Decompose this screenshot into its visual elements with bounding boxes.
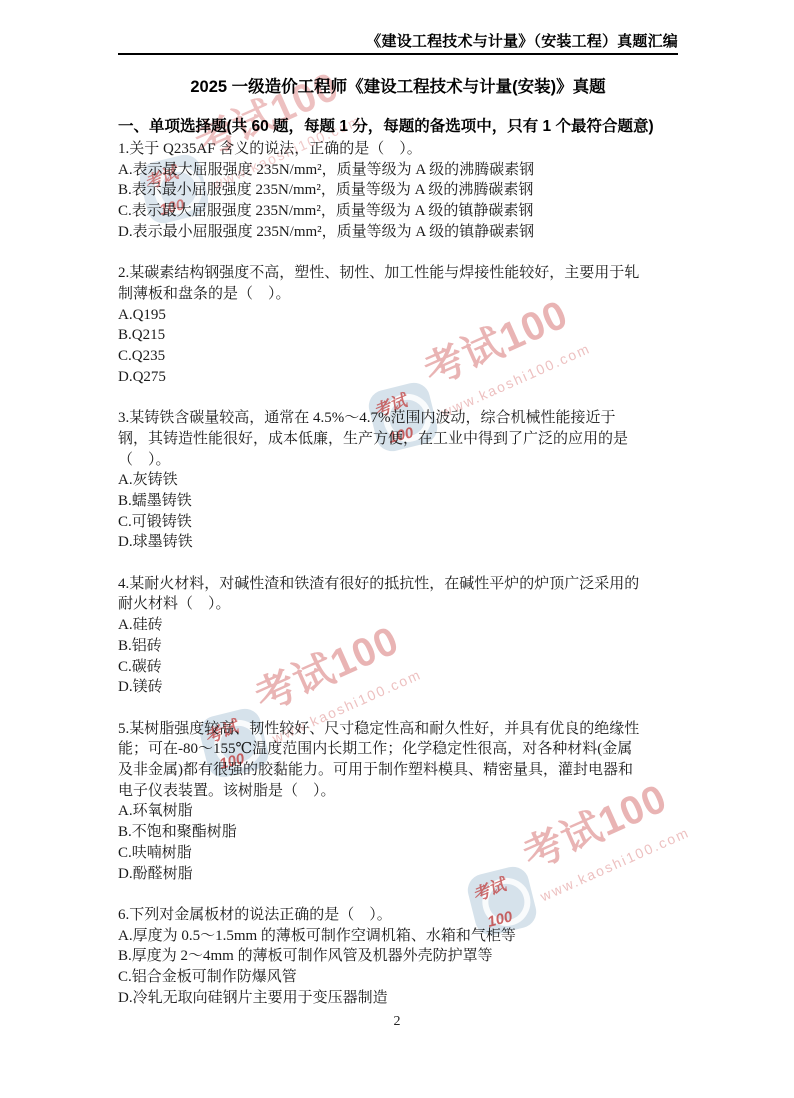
option-b: B.厚度为 2～4mm 的薄板可制作风管及机器外壳防护罩等 — [118, 946, 640, 967]
option-a: A.厚度为 0.5～1.5mm 的薄板可制作空调机箱、水箱和气柜等 — [118, 926, 640, 947]
page-content: 《建设工程技术与计量》（安装工程）真题汇编 2025 一级造价工程师《建设工程技… — [118, 33, 678, 1008]
question-text: 4.某耐火材料，对碱性渣和铁渣有很好的抵抗性，在碱性平炉的炉顶广泛采用的耐火材料… — [118, 574, 640, 615]
option-c: C.碳砖 — [118, 657, 640, 678]
question-text: 2.某碳素结构钢强度不高，塑性、韧性、加工性能与焊接性能较好，主要用于轧制薄板和… — [118, 263, 640, 304]
question-5: 5.某树脂强度较高、韧性较好、尺寸稳定性高和耐久性好，并具有优良的绝缘性能；可在… — [118, 719, 640, 885]
option-c: C.呋喃树脂 — [118, 843, 640, 864]
option-c: C.表示最大屈服强度 235N/mm²，质量等级为 A 级的镇静碳素钢 — [118, 201, 640, 222]
document-page: 考试 100 考试100 www.kaoshi100.com 考试 100 考试… — [0, 0, 794, 1098]
option-a: A.环氧树脂 — [118, 801, 640, 822]
option-a: A.Q195 — [118, 305, 640, 326]
question-list: 1.关于 Q235AF 含义的说法，正确的是（ ）。 A.表示最大屈服强度 23… — [118, 139, 640, 1008]
question-6: 6.下列对金属板材的说法正确的是（ ）。 A.厚度为 0.5～1.5mm 的薄板… — [118, 905, 640, 1009]
document-title: 2025 一级造价工程师《建设工程技术与计量(安装)》真题 — [118, 76, 678, 98]
page-header: 《建设工程技术与计量》（安装工程）真题汇编 — [118, 33, 678, 50]
page-number: 2 — [0, 1014, 794, 1030]
option-d: D.球墨铸铁 — [118, 532, 640, 553]
option-b: B.蠕墨铸铁 — [118, 491, 640, 512]
section-heading: 一、单项选择题(共 60 题，每题 1 分，每题的备选项中，只有 1 个最符合题… — [118, 118, 678, 135]
option-a: A.表示最大屈服强度 235N/mm²，质量等级为 A 级的沸腾碳素钢 — [118, 160, 640, 181]
question-text: 6.下列对金属板材的说法正确的是（ ）。 — [118, 905, 640, 926]
question-2: 2.某碳素结构钢强度不高，塑性、韧性、加工性能与焊接性能较好，主要用于轧制薄板和… — [118, 263, 640, 387]
question-1: 1.关于 Q235AF 含义的说法，正确的是（ ）。 A.表示最大屈服强度 23… — [118, 139, 640, 243]
option-d: D.酚醛树脂 — [118, 864, 640, 885]
option-a: A.灰铸铁 — [118, 470, 640, 491]
option-c: C.可锻铸铁 — [118, 512, 640, 533]
question-text: 3.某铸铁含碳量较高，通常在 4.5%～4.7%范围内波动，综合机械性能接近于钢… — [118, 408, 640, 470]
option-d: D.Q275 — [118, 367, 640, 388]
option-b: B.不饱和聚酯树脂 — [118, 822, 640, 843]
option-d: D.表示最小屈服强度 235N/mm²，质量等级为 A 级的镇静碳素钢 — [118, 222, 640, 243]
option-d: D.镁砖 — [118, 677, 640, 698]
question-4: 4.某耐火材料，对碱性渣和铁渣有很好的抵抗性，在碱性平炉的炉顶广泛采用的耐火材料… — [118, 574, 640, 698]
option-c: C.Q235 — [118, 346, 640, 367]
header-divider — [118, 53, 678, 55]
option-a: A.硅砖 — [118, 615, 640, 636]
question-3: 3.某铸铁含碳量较高，通常在 4.5%～4.7%范围内波动，综合机械性能接近于钢… — [118, 408, 640, 553]
option-b: B.Q215 — [118, 325, 640, 346]
option-b: B.铝砖 — [118, 636, 640, 657]
question-text: 5.某树脂强度较高、韧性较好、尺寸稳定性高和耐久性好，并具有优良的绝缘性能；可在… — [118, 719, 640, 802]
option-b: B.表示最小屈服强度 235N/mm²，质量等级为 A 级的沸腾碳素钢 — [118, 180, 640, 201]
option-c: C.铝合金板可制作防爆风管 — [118, 967, 640, 988]
option-d: D.冷轧无取向硅钢片主要用于变压器制造 — [118, 988, 640, 1009]
question-text: 1.关于 Q235AF 含义的说法，正确的是（ ）。 — [118, 139, 640, 160]
